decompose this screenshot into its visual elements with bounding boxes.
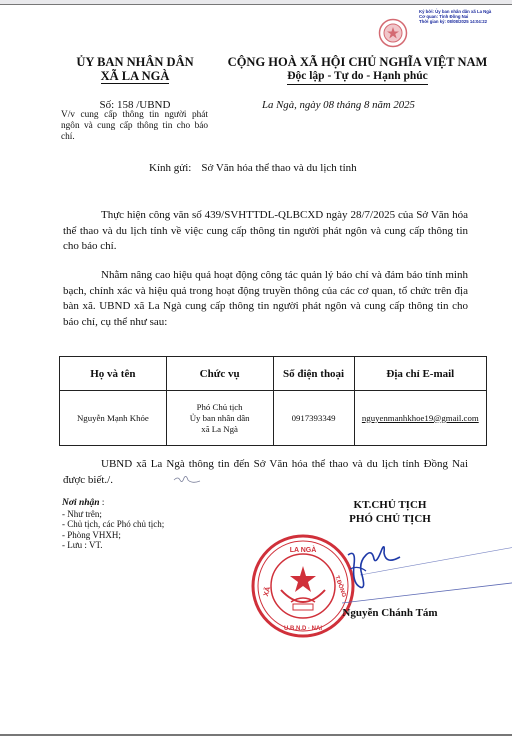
paragraph-3: UBND xã La Ngà thông tin đến Sở Văn hóa … [63,457,468,488]
spokesperson-table: Họ và tên Chức vụ Số điện thoại Địa chỉ … [59,356,487,446]
cell-email: nguyenmanhkhoe19@gmail.com [354,391,486,446]
recipient-item: - Như trên; [62,509,164,520]
position-line-2: Ủy ban nhân dân [168,413,272,424]
org-line-2: XÃ LA NGÀ [101,70,170,84]
recipient-item: - Lưu : VT. [62,540,164,551]
signing-time: Thời gian ký: 08/08/2025 14:04:22 [419,19,509,24]
table-header-row: Họ và tên Chức vụ Số điện thoại Địa chỉ … [60,357,487,391]
header-position: Chức vụ [166,357,273,391]
digital-seal-icon [378,18,408,48]
signature-title-line-1: KT.CHỦ TỊCH [300,498,480,512]
header-phone: Số điện thoại [273,357,354,391]
viewer-top-bar [0,0,512,5]
paragraph-1: Thực hiện công văn số 439/SVHTTDL-QLBCXD… [63,208,468,255]
paragraph-2: Nhằm nâng cao hiệu quả hoạt động công tá… [63,268,468,330]
recipient-item: - Phòng VHXH; [62,530,164,541]
initials-mark-icon [172,472,202,486]
header-name: Họ và tên [60,357,167,391]
paragraph-1-text: Thực hiện công văn số 439/SVHTTDL-QLBCXD… [63,209,468,252]
handwritten-signature-icon [340,535,512,605]
svg-text:LA NGÀ: LA NGÀ [290,545,317,554]
cell-position: Phó Chủ tịch Ủy ban nhân dân xã La Ngà [166,391,273,446]
signature-title-line-2: PHÓ CHỦ TỊCH [300,512,480,526]
cell-phone: 0917393349 [273,391,354,446]
position-line-1: Phó Chủ tịch [168,402,272,413]
signer-name: Nguyễn Chánh Tám [300,607,480,619]
recipient-item: - Chủ tịch, các Phó chủ tịch; [62,519,164,530]
digital-signature-info: Ký bởi: Ủy ban nhân dân xã La Ngà Cơ qua… [419,9,509,24]
paragraph-2-text: Nhằm nâng cao hiệu quả hoạt động công tá… [63,269,468,328]
recipient-label: Kính gửi: [149,162,191,174]
org-line-1: ỦY BAN NHÂN DÂN [62,55,208,69]
motto-text: Độc lập - Tự do - Hạnh phúc [287,69,428,85]
recipients-list: Nơi nhận : - Như trên; - Chủ tịch, các P… [62,497,164,551]
national-motto: Độc lập - Tự do - Hạnh phúc [205,69,510,85]
national-title: CỘNG HOÀ XÃ HỘI CHỦ NGHĨA VIỆT NAM [205,55,510,69]
recipients-heading: Nơi nhận [62,498,100,508]
position-line-3: xã La Ngà [168,424,272,435]
paragraph-3-text: UBND xã La Ngà thông tin đến Sở Văn hóa … [63,458,468,486]
header-email: Địa chỉ E-mail [354,357,486,391]
svg-text:U.B.N.D · NAI: U.B.N.D · NAI [284,626,322,632]
email-link[interactable]: nguyenmanhkhoe19@gmail.com [362,413,479,423]
header-phone-text: Số điện thoại [283,368,344,380]
recipient-name: Sở Văn hóa thể thao và du lịch tỉnh [201,162,356,174]
table-row: Nguyễn Mạnh Khỏe Phó Chủ tịch Ủy ban nhâ… [60,391,487,446]
signature-title: KT.CHỦ TỊCH PHÓ CHỦ TỊCH [300,498,480,526]
document-subject: V/v cung cấp thông tin người phát ngôn v… [61,110,208,143]
issuing-organization: ỦY BAN NHÂN DÂN XÃ LA NGÀ [62,55,208,84]
place-date: La Ngà, ngày 08 tháng 8 năm 2025 [262,99,415,111]
cell-name: Nguyễn Mạnh Khỏe [60,391,167,446]
recipient-line: Kính gửi:Sở Văn hóa thể thao và du lịch … [149,162,357,174]
